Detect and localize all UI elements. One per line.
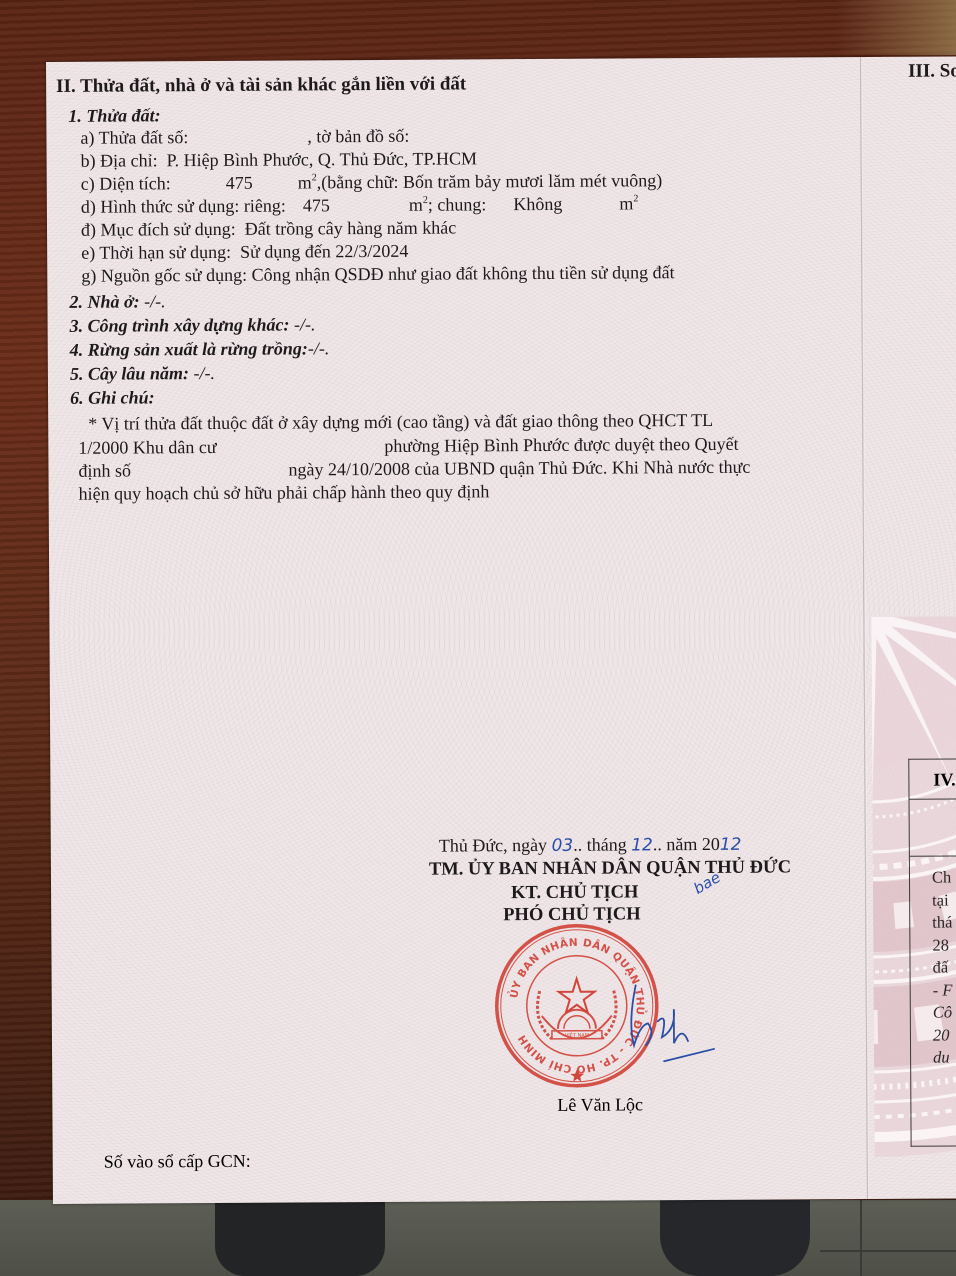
shoe-right	[660, 1200, 810, 1276]
adjacent-section-iv-box: IV. Ch tại thá 28 đấ - F Cô 20 du	[908, 758, 956, 1146]
signer-name: Lê Văn Lộc	[557, 1094, 643, 1116]
address-value: P. Hiệp Bình Phước, Q. Thủ Đức, TP.HCM	[167, 148, 478, 170]
svg-text:VIỆT NAM: VIỆT NAM	[565, 1031, 589, 1039]
house-row: 2. Nhà ở: -/-.	[69, 291, 165, 313]
adjacent-box-text: Ch tại thá 28 đấ - F Cô 20 du	[910, 856, 956, 1069]
area-value: 475	[226, 173, 253, 193]
parcel-number-label: a) Thửa đất số:	[80, 127, 188, 148]
notes-line-4: hiện quy hoạch chủ sở hữu phải chấp hành…	[79, 481, 490, 505]
adjacent-section-heading: III. Sơ	[908, 60, 956, 82]
handwritten-year: 12	[720, 835, 742, 855]
term-value: Sử dụng đến 22/3/2024	[240, 241, 408, 262]
floor-tile-line	[820, 1250, 956, 1252]
other-construction-value: -/-.	[294, 314, 316, 334]
usage-form-label: d) Hình thức sử dụng: riêng:	[81, 196, 286, 217]
area-in-words: ,(bằng chữ: Bốn trăm bảy mươi lăm mét vu…	[317, 170, 663, 192]
origin-row: g) Nguồn gốc sử dụng: Công nhận QSDĐ như…	[81, 262, 674, 287]
area-unit: m	[298, 172, 312, 192]
perennial-row: 5. Cây lâu năm: -/-.	[70, 363, 215, 385]
registry-number-row: Số vào sổ cấp GCN:	[104, 1151, 251, 1173]
house-value: -/-.	[144, 291, 166, 311]
usage-private-value: 475	[303, 195, 330, 215]
address-row: b) Địa chỉ: P. Hiệp Bình Phước, Q. Thủ Đ…	[81, 148, 478, 171]
floor-tile-line	[860, 1200, 862, 1276]
forest-label: 4. Rừng sản xuất là rừng trồng:	[70, 338, 308, 359]
registry-number-label: Số vào sổ cấp GCN:	[104, 1151, 251, 1172]
purpose-label: đ) Mục đích sử dụng:	[81, 219, 236, 240]
handwritten-month: 12	[631, 835, 653, 855]
forest-value: -/-.	[308, 338, 330, 358]
term-row: e) Thời hạn sử dụng: Sử dụng đến 22/3/20…	[81, 241, 408, 264]
perennial-value: -/-.	[193, 363, 215, 383]
origin-value: Công nhận QSDĐ như giao đất không thu ti…	[251, 262, 674, 285]
land-certificate-page: II. Thửa đất, nhà ở và tài sản khác gắn …	[46, 56, 956, 1204]
purpose-value: Đất trồng cây hàng năm khác	[245, 217, 457, 238]
other-construction-row: 3. Công trình xây dựng khác: -/-.	[70, 314, 316, 337]
issuing-authority: TM. ỦY BAN NHÂN DÂN QUẬN THỦ ĐỨC	[429, 857, 791, 880]
origin-label: g) Nguồn gốc sử dụng:	[81, 265, 247, 286]
signing-date: Thủ Đức, ngày 03.. tháng 12.. năm 2012	[439, 834, 742, 857]
section-title: II. Thửa đất, nhà ở và tài sản khác gắn …	[56, 73, 466, 98]
term-label: e) Thời hạn sử dụng:	[81, 242, 231, 263]
notes-line-3a: định số	[78, 460, 131, 481]
signer-title-1: KT. CHỦ TỊCH	[511, 882, 638, 904]
house-label: 2. Nhà ở:	[69, 291, 139, 311]
map-sheet-label: , tờ bản đồ số:	[307, 126, 409, 147]
handwritten-day: 03	[551, 836, 573, 856]
notes-heading: 6. Ghi chú:	[70, 387, 155, 409]
area-row: c) Diện tích: 475 m2,(bằng chữ: Bốn trăm…	[81, 170, 663, 195]
usage-private-unit: m	[409, 195, 423, 215]
floor-background	[0, 1200, 956, 1276]
adjacent-box-heading: IV.	[909, 759, 956, 799]
handwritten-signature	[618, 963, 729, 1074]
notes-line-2a: 1/2000 Khu dân cư	[78, 437, 216, 459]
shoe-left	[215, 1200, 385, 1276]
notes-line-2b: phường Hiệp Bình Phước được duyệt theo Q…	[384, 434, 738, 457]
usage-shared-unit: m	[619, 193, 633, 213]
usage-form-row: d) Hình thức sử dụng: riêng: 475 m2; chu…	[81, 193, 639, 217]
address-label: b) Địa chỉ:	[81, 150, 158, 170]
forest-row: 4. Rừng sản xuất là rừng trồng:-/-.	[70, 338, 330, 361]
usage-shared-label: ; chung:	[428, 194, 487, 214]
perennial-label: 5. Cây lâu năm:	[70, 363, 189, 384]
parcel-number-value	[193, 142, 303, 143]
other-construction-label: 3. Công trình xây dựng khác:	[70, 315, 290, 336]
land-heading: 1. Thửa đất:	[68, 105, 160, 127]
usage-shared-value: Không	[513, 194, 562, 214]
area-label: c) Diện tích:	[81, 173, 171, 194]
parcel-number-row: a) Thửa đất số: , tờ bản đồ số:	[80, 126, 409, 149]
notes-line-3b: ngày 24/10/2008 của UBND quận Thủ Đức. K…	[288, 457, 750, 481]
page-fold-line	[860, 57, 869, 1199]
purpose-row: đ) Mục đích sử dụng: Đất trồng cây hàng …	[81, 217, 456, 240]
notes-line-1: * Vị trí thửa đất thuộc đất ở xây dựng m…	[88, 410, 713, 435]
